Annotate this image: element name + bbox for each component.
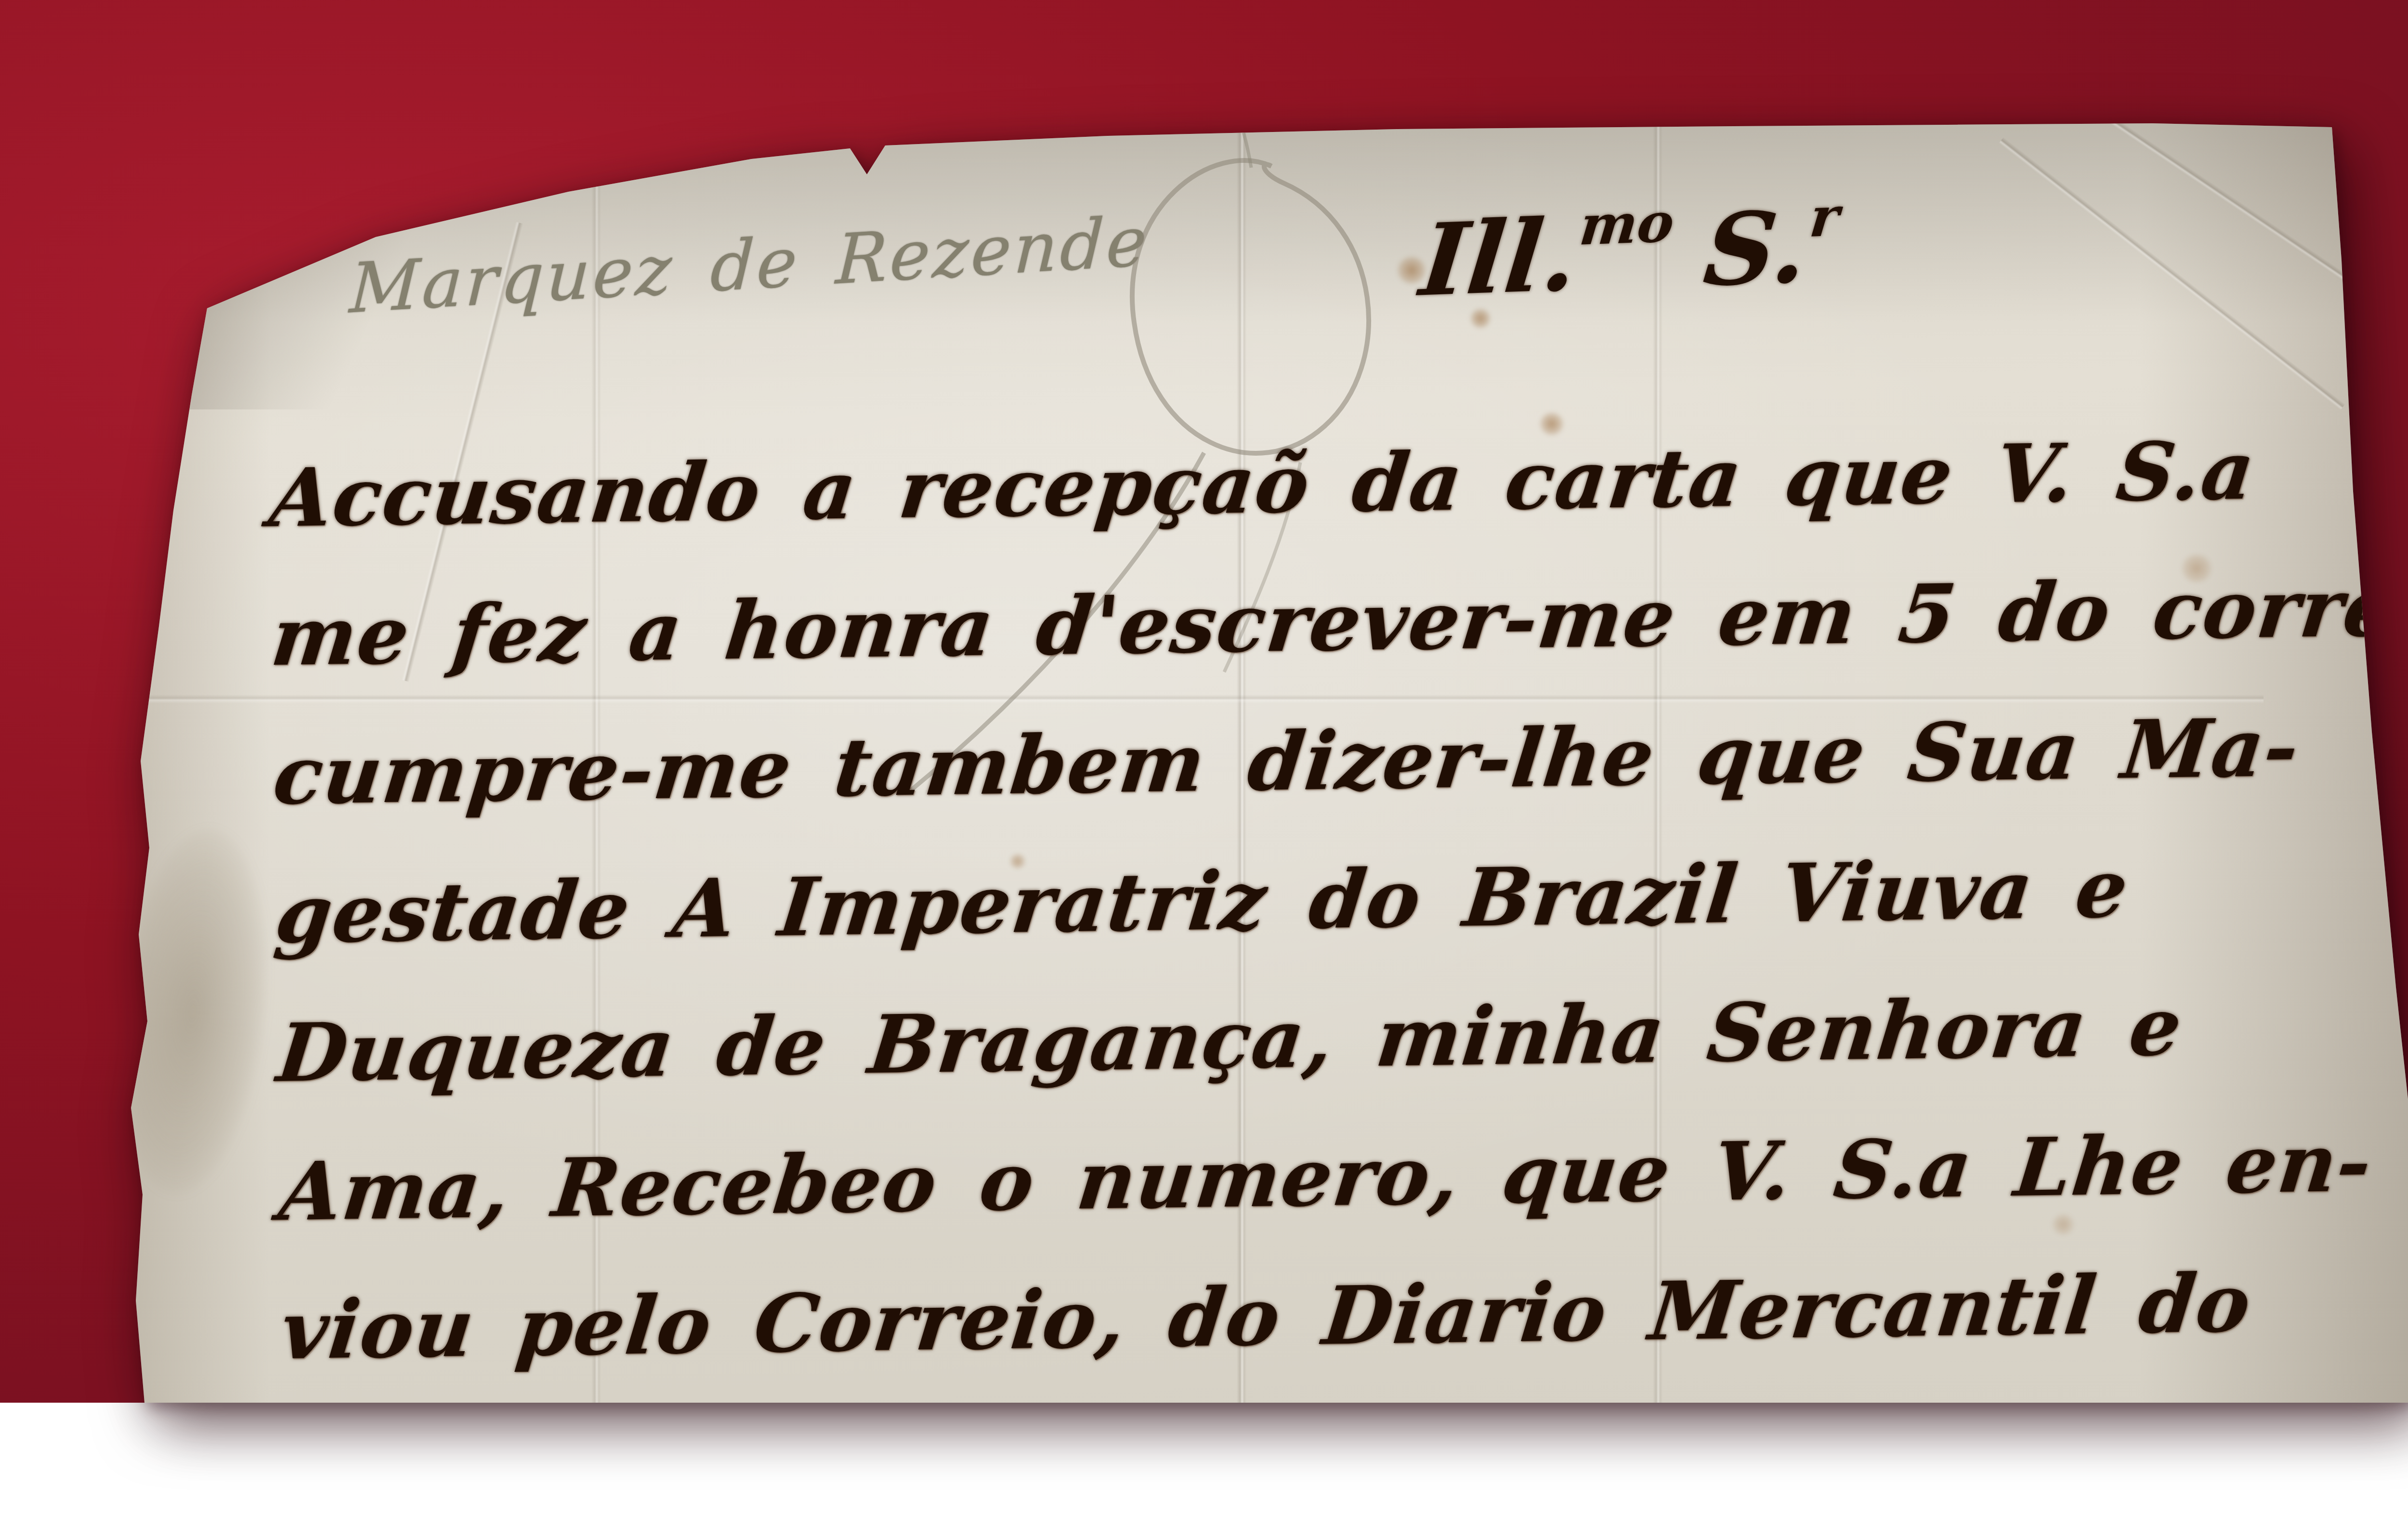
salutation-part: Ill.	[1415, 197, 1583, 318]
letter-paper-wrapper: Marquez de Rezende Ill.mo S.r Accusando …	[0, 0, 2408, 1403]
letter-line: Ama, Recebeo o numero, que V. S.a Lhe en…	[273, 1095, 2301, 1262]
letter-line: me fez a honra d'escrever-me em 5 do cor…	[264, 540, 2292, 707]
letter-paper: Marquez de Rezende Ill.mo S.r Accusando …	[0, 0, 2408, 1403]
letter-line: Accusando a recepçaõ da carta que V. S.a	[262, 401, 2290, 568]
letter-line: gestade A Imperatriz do Brazil Viuva e	[269, 817, 2297, 985]
letter-line: cumpre-me tambem dizer-lhe que Sua Ma-	[267, 679, 2295, 846]
foxing-stain	[477, 170, 496, 188]
letter-line: viou pelo Correio, do Diario Mercantil d…	[275, 1234, 2303, 1401]
salutation: Ill.mo S.r	[1415, 184, 1842, 318]
salutation-superscript: mo	[1577, 190, 1677, 257]
salutation-part: S.	[1664, 189, 1813, 310]
letter-body: Accusando a recepçaõ da carta que V. S.a…	[269, 401, 2298, 1403]
letter-line: Duqueza de Bragança, minha Senhora e	[271, 956, 2299, 1123]
